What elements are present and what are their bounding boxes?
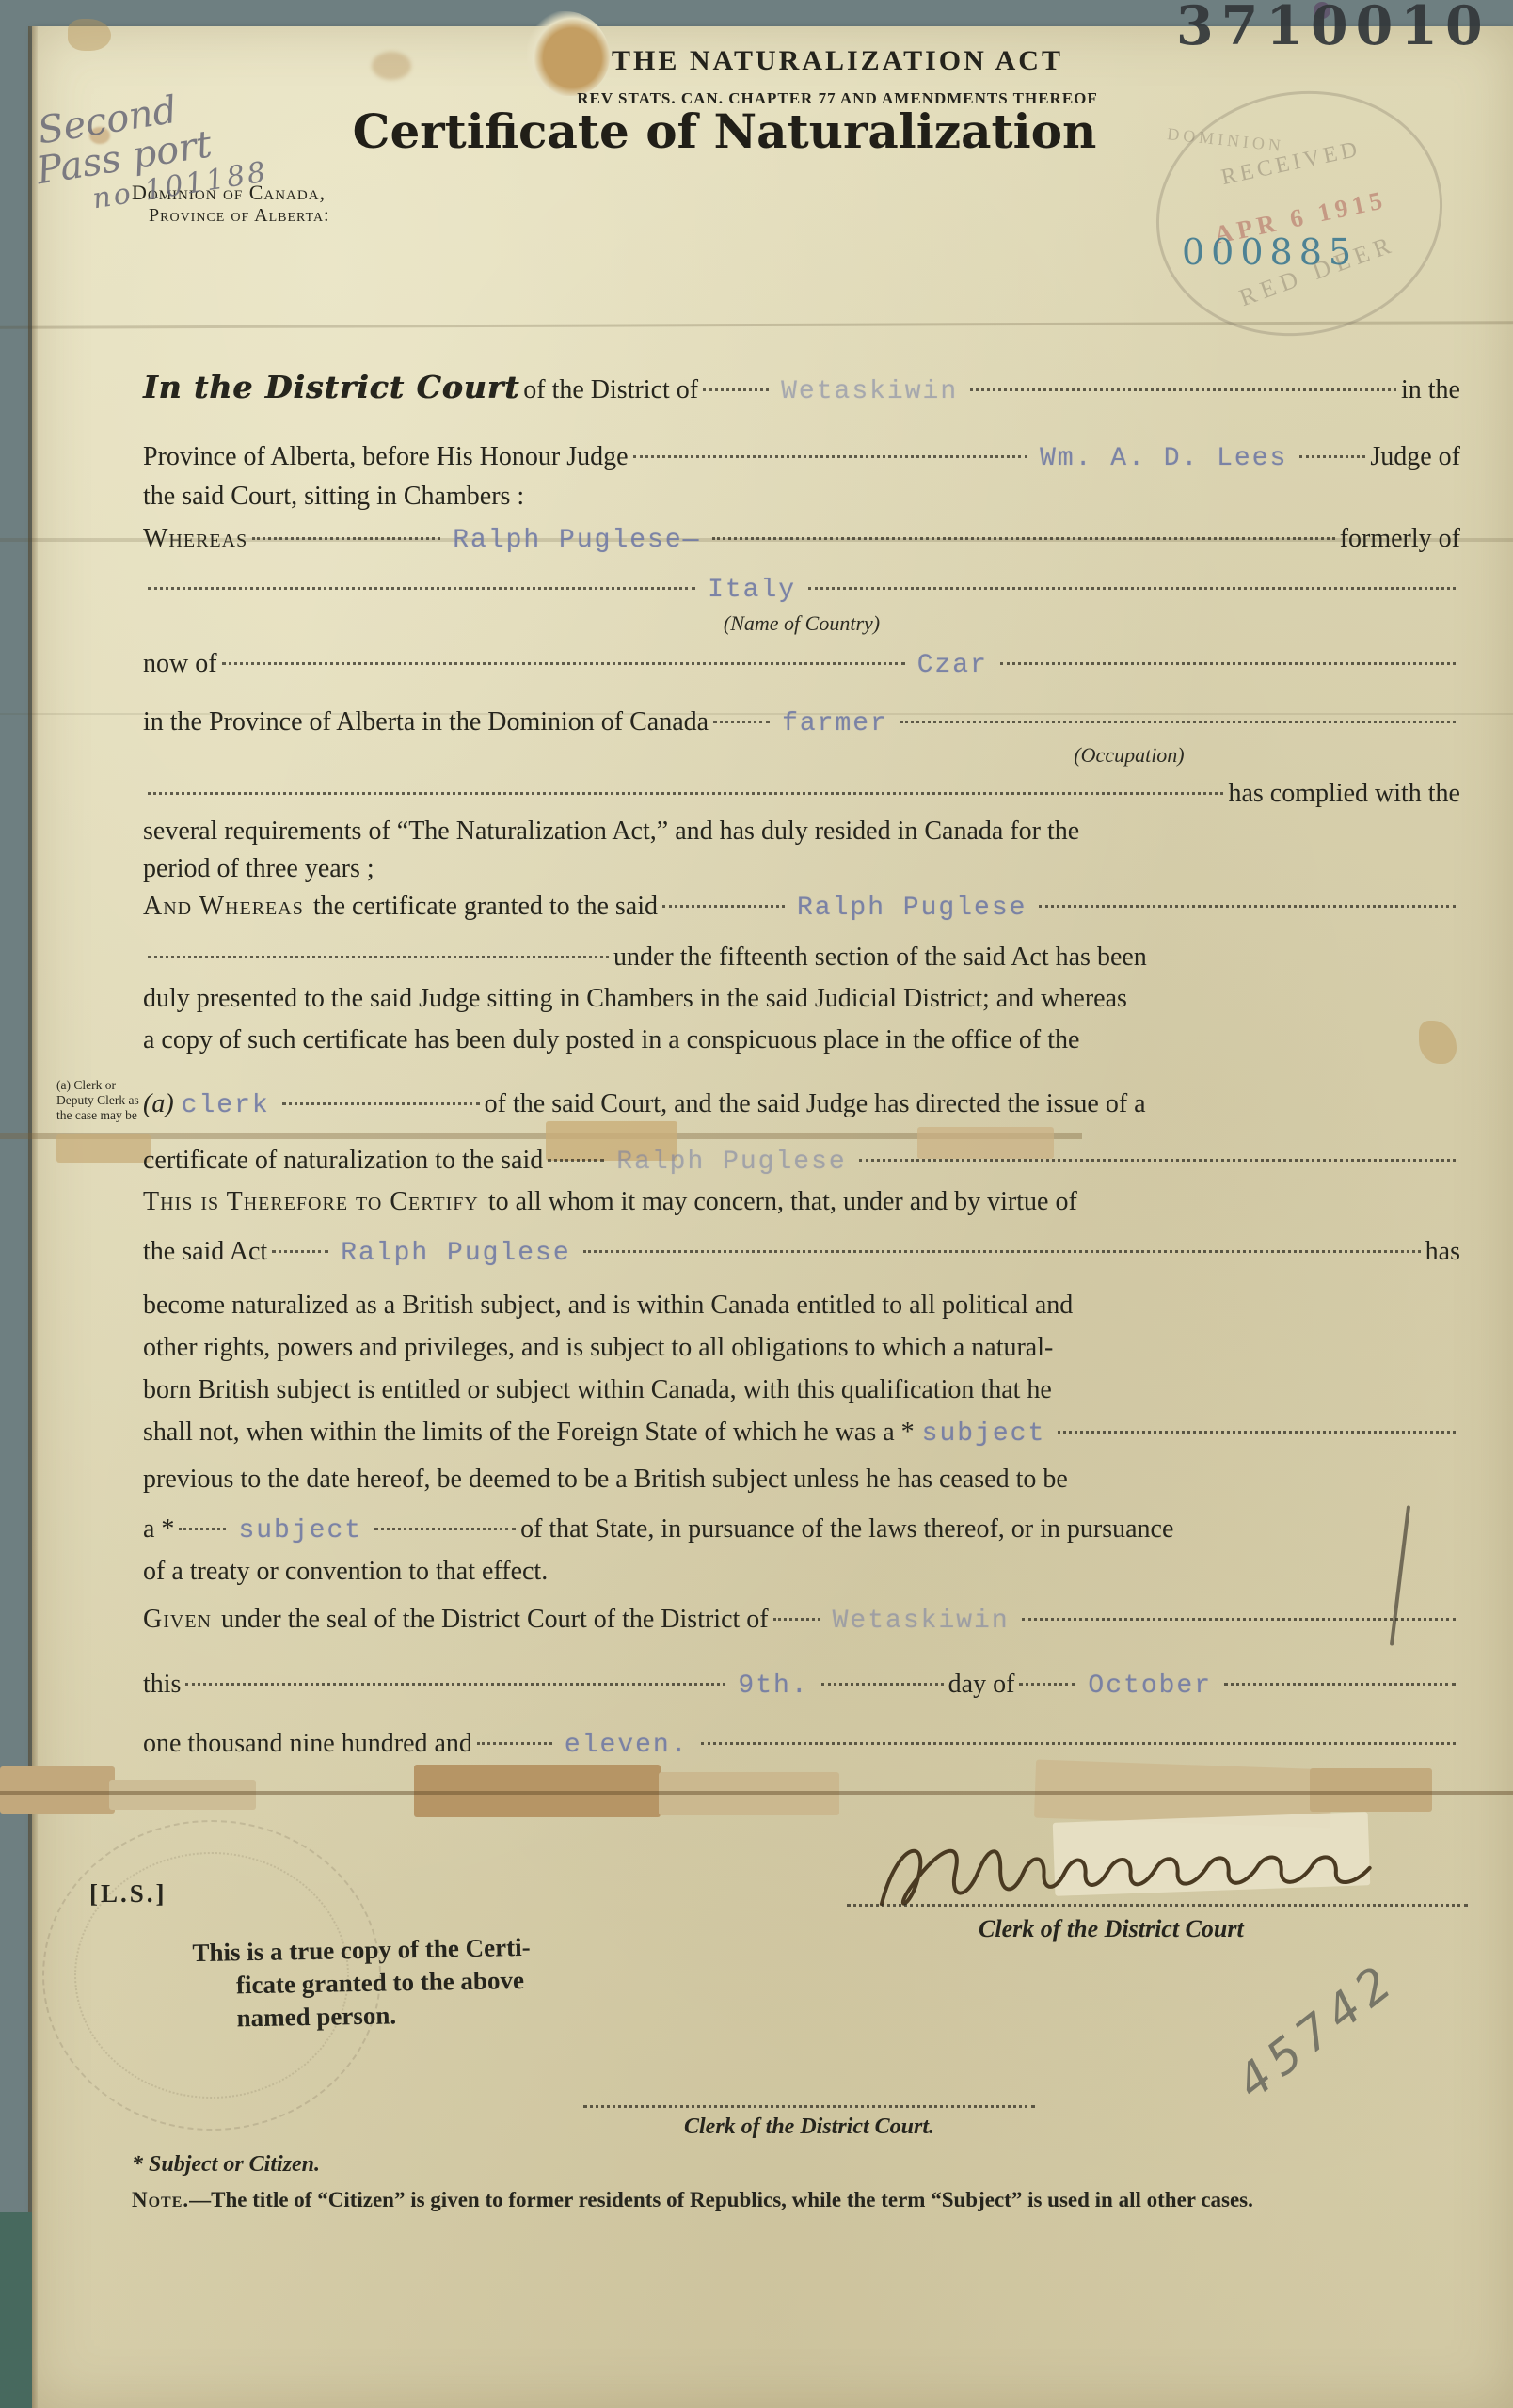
body-line-13: duly presented to the said Judge sitting… (143, 984, 1460, 1014)
dotted-leader (477, 1742, 552, 1745)
static-text: under the fifteenth section of the said … (613, 943, 1147, 973)
dotted-leader (1000, 662, 1456, 665)
subject-name-fill: Ralph Puglese— (445, 526, 708, 555)
dotted-leader (148, 792, 1223, 795)
dotted-leader (148, 587, 695, 590)
static-text: Whereas (143, 524, 247, 554)
clerk-fill: clerk (174, 1091, 278, 1120)
district-fill: Wetaskiwin (825, 1607, 1017, 1636)
static-text: become naturalized as a British subject,… (143, 1291, 1073, 1321)
static-text: a * (143, 1514, 174, 1545)
clerk-title: Clerk of the District Court (979, 1915, 1244, 1943)
static-text: other rights, powers and privileges, and… (143, 1333, 1053, 1363)
country-fill: Italy (700, 576, 804, 605)
district-fill: Wetaskiwin (773, 377, 965, 406)
static-text: Given (143, 1605, 212, 1635)
static-text: now of (143, 649, 217, 679)
subject-status-fill: subject (231, 1516, 370, 1545)
body-line-28: one thousand nine hundred and eleven. (143, 1729, 1460, 1760)
body-line-4: Whereas Ralph Puglese— formerly of (143, 524, 1460, 555)
occupation-fill: farmer (774, 709, 896, 738)
static-text: this (143, 1670, 181, 1700)
dotted-leader (703, 388, 769, 391)
static-text: This is Therefore to Certify (143, 1187, 479, 1217)
dotted-leader (179, 1528, 226, 1530)
body-line-26: Given under the seal of the District Cou… (143, 1605, 1460, 1636)
dotted-leader (712, 537, 1334, 540)
body-line-18: the said Act Ralph Puglese has (143, 1237, 1460, 1268)
subject-status-fill: subject (915, 1419, 1054, 1449)
static-text: born British subject is entitled or subj… (143, 1375, 1052, 1405)
tape (109, 1780, 256, 1810)
static-text: shall not, when within the limits of the… (143, 1418, 915, 1448)
court-name: In the District Court (143, 369, 519, 405)
dotted-leader (185, 1683, 725, 1686)
torn-bit (68, 19, 111, 51)
country-caption: (Name of Country) (143, 611, 1460, 636)
month-fill: October (1080, 1671, 1219, 1701)
dotted-leader (713, 721, 770, 723)
dotted-leader (148, 956, 609, 958)
paper-left-edge (28, 26, 38, 2408)
static-text: period of three years ; (143, 854, 374, 884)
dotted-leader (662, 905, 785, 908)
subject-name-fill: Ralph Puglese (609, 1148, 853, 1177)
static-text: duly presented to the said Judge sitting… (143, 984, 1127, 1014)
body-line-3: the said Court, sitting in Chambers : (143, 482, 1460, 512)
body-line-1: In the District Court of the District of… (143, 369, 1460, 406)
static-text: And Whereas (143, 892, 304, 922)
static-text: the said Court, sitting in Chambers : (143, 482, 524, 512)
act-title: THE NATURALIZATION ACT (527, 45, 1148, 77)
static-text: one thousand nine hundred and (143, 1729, 472, 1759)
body-line-19: become naturalized as a British subject,… (143, 1291, 1460, 1321)
serial-number: 3710010 (1176, 0, 1490, 57)
true-copy-line: ficate granted to the above (236, 1964, 532, 2002)
body-line-8: has complied with the (143, 779, 1460, 809)
static-text: (a) (143, 1089, 174, 1119)
static-text: a copy of such certificate has been duly… (143, 1025, 1079, 1055)
body-line-10: period of three years ; (143, 854, 1460, 884)
static-text: certificate of naturalization to the sai… (143, 1146, 543, 1176)
torn-corner-backing (0, 2212, 32, 2408)
static-text: day of (948, 1670, 1015, 1700)
stain (372, 52, 411, 80)
judge-name-fill: Wm. A. D. Lees (1032, 444, 1295, 473)
static-text: in the Province of Alberta in the Domini… (143, 707, 709, 737)
body-line-7: in the Province of Alberta in the Domini… (143, 707, 1460, 738)
static-text: the said Act (143, 1237, 267, 1267)
dotted-leader (583, 1250, 1421, 1253)
dotted-leader (1224, 1683, 1456, 1686)
body-line-15: (a) clerk of the said Court, and the sai… (143, 1089, 1460, 1120)
occupation-caption: (Occupation) (941, 743, 1317, 768)
static-text: formerly of (1340, 524, 1460, 554)
dotted-leader (282, 1102, 480, 1105)
dotted-leader (374, 1528, 516, 1530)
static-text: of the said Court, and the said Judge ha… (485, 1089, 1146, 1119)
dotted-leader (773, 1618, 820, 1621)
dotted-leader (900, 721, 1456, 723)
signature-dotted-line (847, 1904, 1468, 1907)
dotted-leader (548, 1159, 604, 1162)
residence-fill: Czar (910, 651, 995, 680)
true-copy-line: named person. (236, 1997, 532, 2035)
static-text: in the (1401, 375, 1460, 405)
tape (56, 1134, 151, 1163)
tape (0, 1766, 115, 1814)
body-line-22: shall not, when within the limits of the… (143, 1418, 1460, 1449)
footnote-note-lead: Note. (132, 2188, 189, 2211)
subject-name-fill: Ralph Puglese (333, 1239, 578, 1268)
body-line-6: now of Czar (143, 649, 1460, 680)
dotted-leader (633, 455, 1028, 458)
crease (0, 1791, 1513, 1795)
static-text: several requirements of “The Naturalizat… (143, 816, 1079, 847)
dotted-leader (701, 1742, 1456, 1745)
static-text: the certificate granted to the said (313, 892, 658, 922)
province-line: Province of Alberta: (149, 205, 330, 227)
static-text: Judge of (1370, 442, 1460, 472)
footnote-note: Note.—The title of “Citizen” is given to… (132, 2188, 1477, 2212)
body-line-2: Province of Alberta, before His Honour J… (143, 442, 1460, 473)
body-line-25: of a treaty or convention to that effect… (143, 1557, 1460, 1587)
static-text: Province of Alberta, before His Honour J… (143, 442, 629, 472)
certificate-page: 3710010 THE NATURALIZATION ACT REV STATS… (0, 0, 1513, 2408)
dotted-leader (808, 587, 1456, 590)
true-copy-statement: This is a true copy of the Certi- ficate… (192, 1931, 532, 2036)
body-line-16: certificate of naturalization to the sai… (143, 1146, 1460, 1177)
year-fill: eleven. (557, 1731, 696, 1760)
dotted-leader (1019, 1683, 1075, 1686)
body-line-12: under the fifteenth section of the said … (143, 943, 1460, 973)
body-line-27: this 9th. day of October (143, 1670, 1460, 1701)
body-line-11: And Whereas the certificate granted to t… (143, 892, 1460, 923)
static-text: to all whom it may concern, that, under … (488, 1187, 1077, 1217)
clerk-dotted-line (583, 2105, 1035, 2108)
body-line-21: born British subject is entitled or subj… (143, 1375, 1460, 1405)
static-text: has complied with the (1228, 779, 1460, 809)
dotted-leader (970, 388, 1396, 391)
footnote-star: * Subject or Citizen. (132, 2152, 320, 2178)
blue-serial-number: 000885 (1182, 231, 1358, 273)
body-line-14: a copy of such certificate has been duly… (143, 1025, 1460, 1055)
dotted-leader (222, 662, 905, 665)
certificate-title: Certificate of Naturalization (216, 103, 1233, 159)
dotted-leader (1058, 1431, 1456, 1434)
dotted-leader (821, 1683, 944, 1686)
body-line-24: a * subject of that State, in pursuance … (143, 1514, 1460, 1545)
locus-sigilli: [L.S.] (89, 1879, 167, 1909)
static-text: under the seal of the District Court of … (221, 1605, 769, 1635)
dotted-leader (859, 1159, 1456, 1162)
static-text: previous to the date hereof, be deemed t… (143, 1465, 1068, 1495)
subject-name-fill: Ralph Puglese (789, 894, 1034, 923)
dotted-leader (252, 537, 440, 540)
static-text: of a treaty or convention to that effect… (143, 1557, 548, 1587)
static-text: of the District of (523, 375, 698, 405)
clerk-title-bottom: Clerk of the District Court. (583, 2115, 1035, 2140)
body-line-23: previous to the date hereof, be deemed t… (143, 1465, 1460, 1495)
body-line-9: several requirements of “The Naturalizat… (143, 816, 1460, 847)
footnote-note-text: —The title of “Citizen” is given to form… (189, 2188, 1253, 2211)
body-line-17: This is Therefore to Certify to all whom… (143, 1187, 1460, 1217)
static-text: of that State, in pursuance of the laws … (520, 1514, 1173, 1545)
static-text: has (1425, 1237, 1460, 1267)
dotted-leader (1299, 455, 1365, 458)
body-line-20: other rights, powers and privileges, and… (143, 1333, 1460, 1363)
body-line-5: Italy (143, 576, 1460, 605)
dotted-leader (272, 1250, 328, 1253)
day-fill: 9th. (730, 1671, 816, 1701)
dotted-leader (1039, 905, 1456, 908)
dotted-leader (1022, 1618, 1456, 1621)
